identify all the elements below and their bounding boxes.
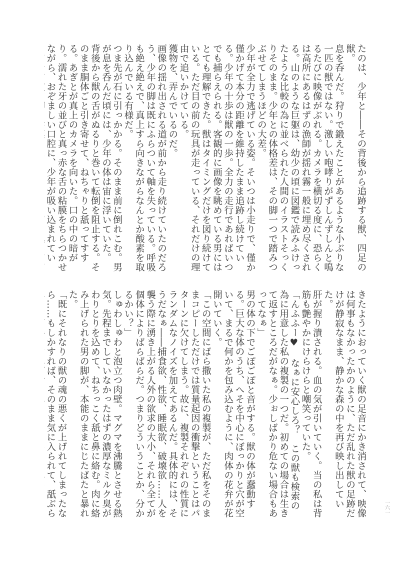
paragraph: 画像の揺れ出される道が前から走り続けていたのだろう、少年の脚は既にふらついて軸を… (122, 44, 166, 272)
paragraph: 背後から獣の舌がぬるりと巻いて転倒を阻止する。そのまま胴体ごと引き寄せて、ねちゃ… (44, 44, 100, 272)
paragraph: 息を呑んだ。狩りで鍛えたことがあるような小ぶりな一匹の獣ではない。激しい咆哮りが… (255, 44, 344, 272)
paragraph: きたようにおっていく獣の足音にかき消されて、映像は何事もなかったかのように、ただ… (322, 290, 366, 518)
paragraph: 男の体の下でごぽごぽと音がする。獣の体が蠢動する。巨大な体のうち、へそを中心にぼ… (211, 290, 255, 518)
paragraph: 「この空間にばら撒いた私の複製が、ただ私をそのままコピーしただけでは質量起因の衝… (122, 290, 211, 518)
paragraph: 「んふふー♥ なぁに安心しろ？ この獣も検索の為に用意した私の複製の一つだ。初め… (255, 290, 299, 518)
paragraph: しゅわしゅわと泡立つ肉壁。マグマを沸騰とさせる熱気。先程までしていなかったはずの… (66, 290, 121, 518)
paragraph: 肝が握り潰される。血の気が引いていく。当の私は背筋も艶やかにけらけらと嘲笑ってい… (299, 290, 321, 518)
page-number: 一六一 (384, 500, 391, 515)
text-block-bottom: きたようにおっていく獣の足音にかき消されて、映像は何事もなかったかのように、ただ… (44, 290, 366, 518)
paragraph: 獲物を、弄んでいるのだ。 (166, 44, 177, 272)
paragraph: たのは、少年と――その背後から追跡する獣、四足の獣。 (344, 44, 366, 272)
text-block-top: たのは、少年と――その背後から追跡する獣、四足の獣。 息を呑んだ。狩りで鍛えたこ… (44, 44, 366, 272)
paragraph: つま先が石に引っかかる。そのまま前に倒れこむ。男が息を呑んだ頃には、少年の体は宙… (100, 44, 122, 272)
paragraph: 「既にそれなりの獣の魂の悪くが上げれてしまったなら……もしかすれば、そのまま気に… (44, 290, 66, 518)
paragraph: 少年が全力で逃げている姿。そいつは小走りで、僅か僅かげて本分の距離を維持したまま… (177, 44, 255, 272)
